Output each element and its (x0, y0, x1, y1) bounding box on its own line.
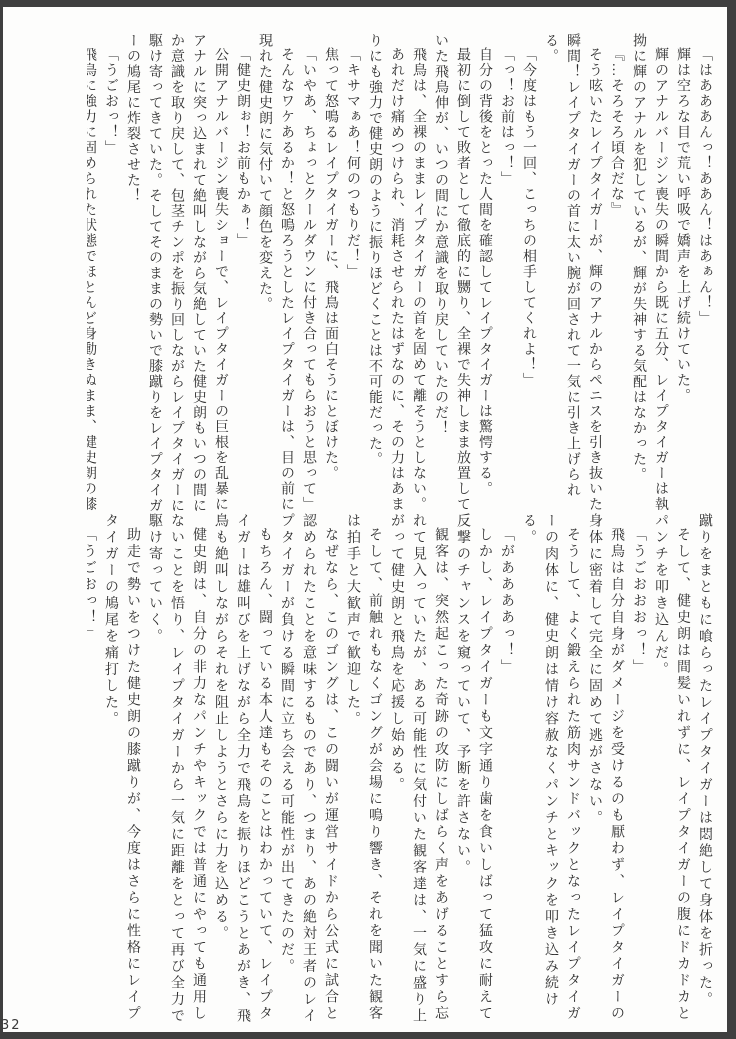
paragraph: 「がああああっ！」 (495, 513, 517, 1029)
text-block-top: 「はあああんっ！ああん！はあぁん！」輝は空ろな目で荒い呼吸で嬌声を上げ続けていた… (87, 33, 715, 515)
paragraph: 「今度はもう一回、こっちの相手してくれよ！」 (517, 33, 539, 515)
paragraph: 「っ！お前はっ！」 (495, 33, 517, 515)
paragraph: 「うごおっ！」 (87, 513, 99, 1029)
paragraph: 「うごおおおっ！」 (627, 513, 649, 1029)
paragraph: 助走で勢いをつけた健史朗の膝蹴りが、今度はさらに性格にレイプタイガーの鳩尾を痛打… (99, 513, 143, 1029)
paragraph: 「うごおっ！」 (99, 33, 121, 515)
paragraph: 「キサマぁあ！何のつもりだ！」 (341, 33, 363, 515)
paragraph: そんなワケあるか！と怒鳴ろうとしたレイプタイガーは、目の前に現れた健史朗に気付い… (253, 33, 297, 515)
paragraph: 飛鳥は、全裸のままレイプタイガーの首を固めて離そうとしない。 (407, 33, 429, 515)
paragraph: 健史朗は、自分の非力なパンチやキックでは普通にやっても通用しないことを悟り、レイ… (143, 513, 209, 1029)
paragraph: もちろん、闘っている本人達もそのことはわかっていて、レイプタイガーは雄叫びを上げ… (209, 513, 275, 1029)
paragraph: 焦って怒鳴るレイプタイガーに、飛鳥は面白そうにとぼけた。 (319, 33, 341, 515)
paragraph: しかし、レイプタイガーも文字通り歯を食いしばって猛攻に耐えて反撃のチャンスを窺っ… (451, 513, 495, 1029)
paragraph: 蹴りをまともに喰らったレイプタイガーは悶絶して身体を折った。 (693, 513, 715, 1029)
paragraph: 飛鳥に強力に固められた状態でほとんど身動きぬまま、健史朗の膝 (87, 33, 99, 515)
paragraph: 自分の背後をとった人間を確認してレイプタイガーは驚愕する。 (473, 33, 495, 515)
paragraph: そう呟いたレイプタイガーが、輝のアナルからペニスを引き抜いた瞬間！レイプタイガー… (539, 33, 605, 515)
paragraph: そして、前触れもなくゴングが会場に鳴り響き、それを聞いた観客は拍手と大歓声で歓迎… (341, 513, 385, 1029)
paragraph: 輝のアナルバージン喪失の瞬間から既に五分、レイプタイガーは執拗に輝のアナルを犯し… (627, 33, 671, 515)
paragraph: 輝は空ろな目で荒い呼吸で嬌声を上げ続けていた。 (671, 33, 693, 515)
paragraph: そうして、よく鍛えられた筋肉サンドバックとなったレイプタイガーの肉体に、健史朗は… (517, 513, 583, 1029)
page-number: 32 (1, 1018, 22, 1033)
paragraph: 公開アナルバージン喪失ショーで、レイプタイガーの巨根を乱暴にアナルに突っ込まれて… (121, 33, 231, 515)
paragraph: 飛鳥は自分自身がダメージを受けるのも厭わず、レイプタイガーの身体に密着して完全に… (583, 513, 627, 1029)
paragraph: 観客は、突然起こった奇跡の攻防にしばらく声をあげることすら忘れて見入っていたが、… (385, 513, 451, 1029)
paragraph: そして、健史朗は間髪いれずに、レイプタイガーの腹にドカドカとパンチを叩き込んだ。 (649, 513, 693, 1029)
paragraph: 最初に倒して敗者として徹底的に嬲り、全裸で失神しまま放置していた飛鳥伸が、いつの… (429, 33, 473, 515)
text-block-bottom: 蹴りをまともに喰らったレイプタイガーは悶絶して身体を折った。そして、健史朗は間髪… (87, 513, 715, 1029)
paragraph: 『…そろそろ頃合だな』 (605, 33, 627, 515)
paragraph: なぜなら、このゴングは、この闘いが運営サイドから公式に試合と認められたことを意味… (275, 513, 341, 1029)
paragraph: 「はあああんっ！ああん！はあぁん！」 (693, 33, 715, 515)
paragraph: 「健史朗ぉ！お前もかぁ！」 (231, 33, 253, 515)
paragraph: 「いやあ、ちょっとクールダウンに付き合ってもらおうと思って」 (297, 33, 319, 515)
paragraph: あれだけ痛めつけられ、消耗させられたはずなのに、その力はあまりにも強力で健史朗の… (363, 33, 407, 515)
scanned-page: 「はあああんっ！ああん！はあぁん！」輝は空ろな目で荒い呼吸で嬌声を上げ続けていた… (3, 7, 727, 1032)
